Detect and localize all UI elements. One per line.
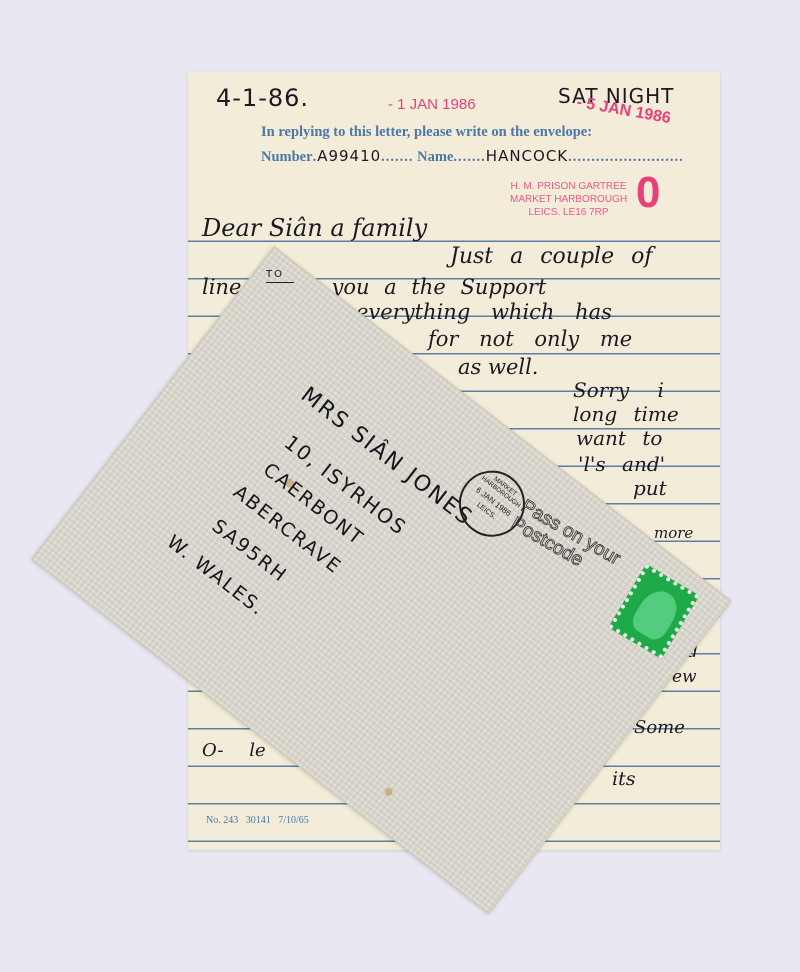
- reply-instruction: In replying to this letter, please write…: [261, 124, 592, 141]
- body-line: everything which has: [356, 300, 612, 324]
- body-line: Some: [634, 717, 685, 738]
- name-label: Name: [417, 149, 453, 165]
- body-line: as well.: [458, 355, 538, 379]
- body-line: Sorry i: [573, 378, 664, 402]
- censor-mark: 0: [636, 168, 660, 218]
- number-name-line: Number.A99410....... Name.......HANCOCK.…: [261, 147, 684, 166]
- number-label: Number: [261, 149, 313, 165]
- queen-profile-icon: [628, 584, 684, 644]
- body-line: its: [612, 768, 635, 790]
- stain-mark: [383, 786, 394, 797]
- prisoner-name: HANCOCK: [486, 147, 568, 165]
- body-line: Just a couple of: [450, 244, 652, 269]
- body-line: more: [654, 524, 693, 542]
- body-line: put: [633, 476, 667, 500]
- prisoner-number: A99410: [317, 147, 381, 165]
- to-label: TO: [266, 269, 294, 283]
- body-line: 'l's and': [578, 452, 665, 476]
- body-line: for not only me: [428, 327, 632, 351]
- body-line: long time: [573, 402, 679, 426]
- body-line: O- le: [202, 740, 266, 761]
- prison-stamp-line: MARKET HARBOROUGH: [510, 193, 627, 206]
- letter-date: 4-1-86.: [216, 84, 309, 112]
- prison-address-stamp: H. M. PRISON GARTREE MARKET HARBOROUGH L…: [510, 180, 627, 219]
- prison-stamp-line: LEICS. LE16 7RP: [510, 206, 627, 219]
- form-footer: No. 243 30141 7/10/65: [206, 815, 309, 826]
- slogan-cancellation: Pass on your Postcode: [507, 497, 623, 587]
- prison-stamp-line: H. M. PRISON GARTREE: [510, 180, 627, 193]
- salutation: Dear Siân a family: [202, 214, 427, 242]
- postage-stamp: [608, 564, 699, 659]
- received-date-stamp: - 1 JAN 1986: [388, 96, 476, 113]
- body-line: want to: [576, 426, 662, 450]
